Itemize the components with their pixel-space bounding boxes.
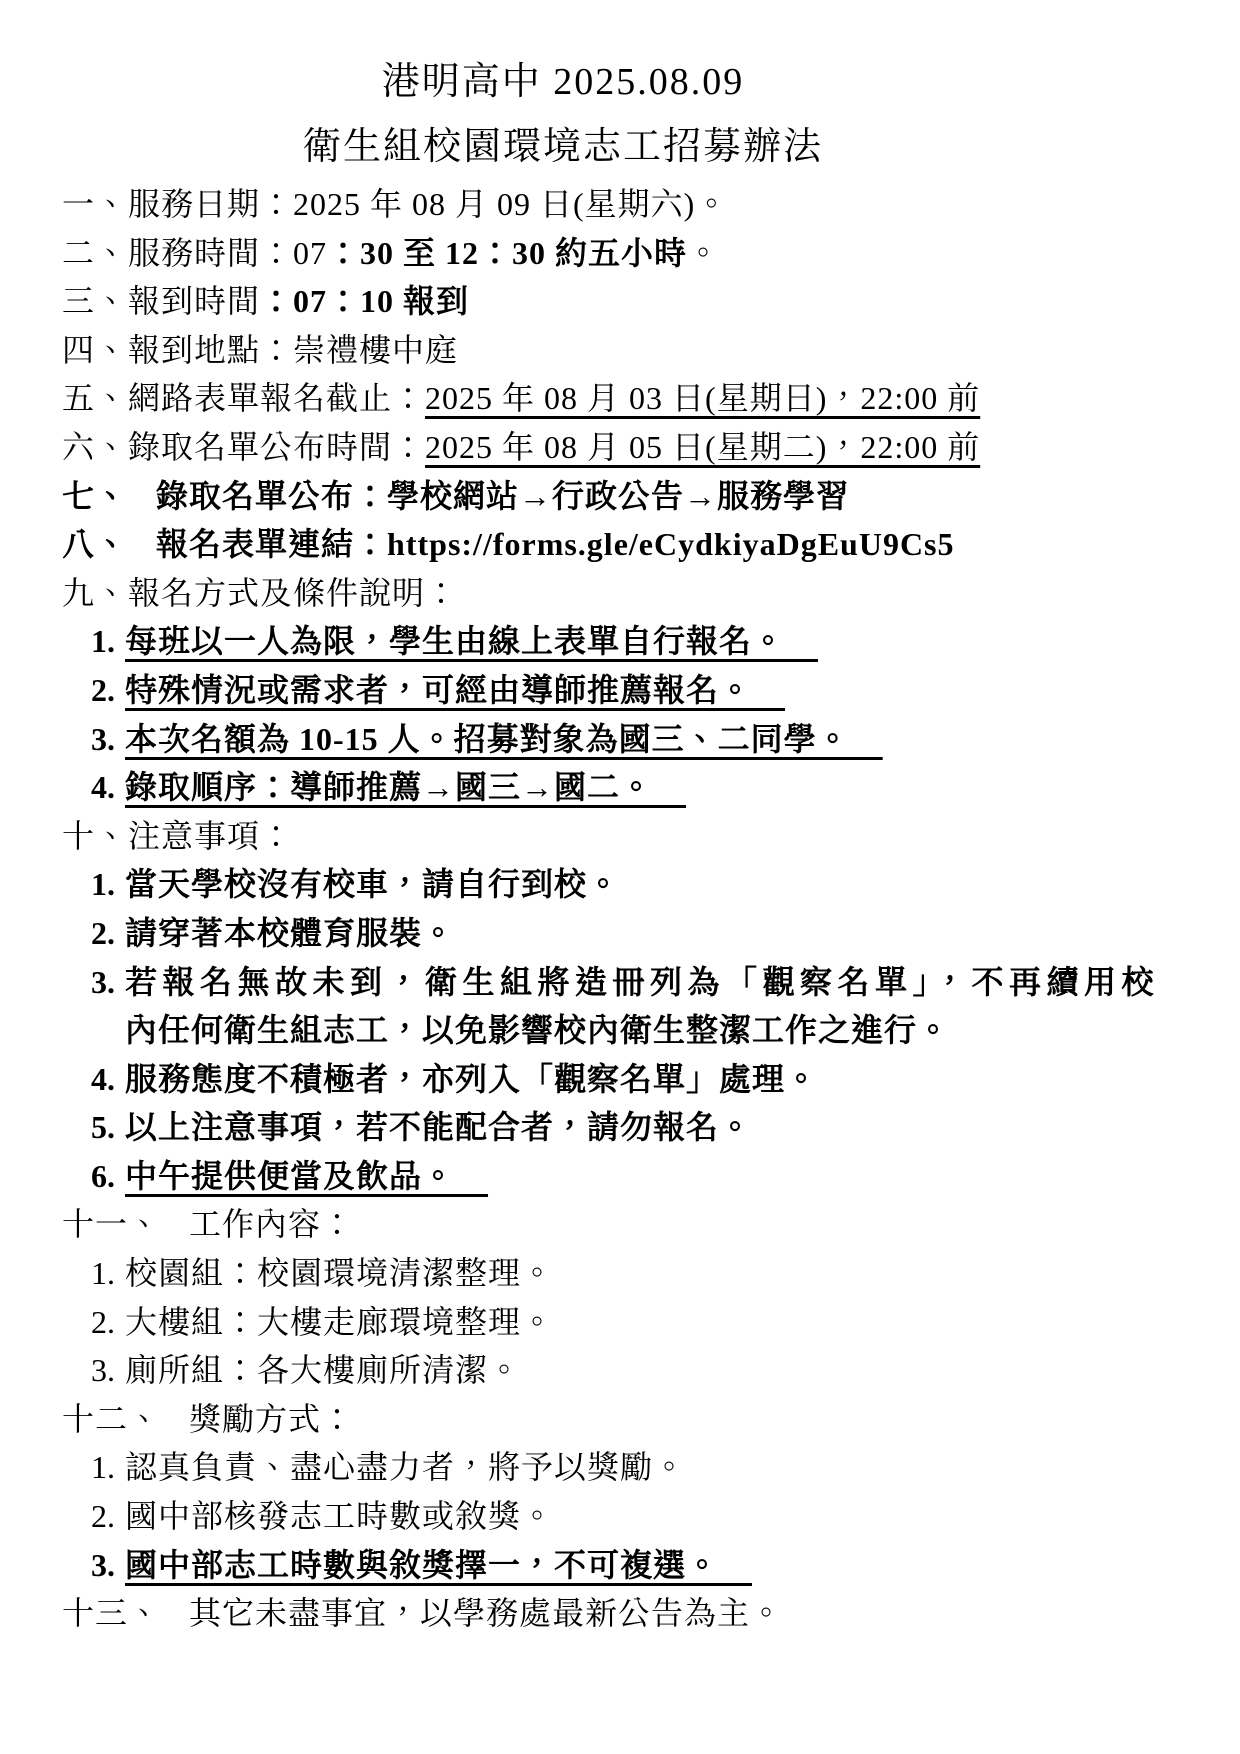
- list-subitem: 1.校園組：校園環境清潔整理。: [62, 1249, 1180, 1298]
- list-subitem: 2.特殊情況或需求者，可經由導師推薦報名。: [62, 666, 1180, 715]
- item-label: 六、: [62, 429, 128, 465]
- item-label: 四、: [62, 332, 128, 368]
- document-body: 一、服務日期：2025 年 08 月 09 日(星期六)。二、服務時間：07：3…: [62, 180, 1180, 1638]
- text-segment: 報到時間: [128, 283, 260, 319]
- list-item: 五、網路表單報名截止：2025 年 08 月 03 日(星期日)，22:00 前: [62, 374, 1180, 423]
- item-label: 1.: [91, 860, 125, 909]
- item-label: 十一、: [62, 1206, 161, 1242]
- text-segment: 國中部志工時數與敘獎擇一，不可複選。: [125, 1547, 752, 1583]
- document-header: 港明高中 2025.08.09 衛生組校園環境志工招募辦法: [4, 50, 1122, 180]
- item-label: 十二、: [62, 1401, 161, 1437]
- list-item: 七、錄取名單公布：學校網站→行政公告→服務學習: [62, 472, 1180, 521]
- text-segment: 獎勵方式：: [189, 1401, 354, 1437]
- text-segment: 錄取順序：導師推薦→國三→國二。: [125, 769, 686, 805]
- text-segment: 請穿著本校體育服裝。: [125, 915, 455, 951]
- list-item: 九、報名方式及條件說明：: [62, 569, 1180, 618]
- list-subitem: 1.每班以一人為限，學生由線上表單自行報名。: [62, 617, 1180, 666]
- item-label: 九、: [62, 575, 128, 611]
- text-segment: 錄取名單公布：學校網站→行政公告→服務學習: [156, 478, 849, 514]
- list-subitem: 1.認真負責、盡心盡力者，將予以獎勵。: [62, 1443, 1180, 1492]
- list-item: 四、報到地點：崇禮樓中庭: [62, 326, 1180, 375]
- document-title: 港明高中 2025.08.09: [4, 50, 1122, 114]
- item-label: 十三、: [62, 1595, 161, 1631]
- document-page: 港明高中 2025.08.09 衛生組校園環境志工招募辦法 一、服務日期：202…: [0, 0, 1240, 1754]
- list-subitem: 3.本次名額為 10-15 人。招募對象為國三、二同學。: [62, 715, 1180, 764]
- item-label: 3.: [91, 958, 125, 1007]
- item-label: 4.: [91, 763, 125, 812]
- text-segment: 注意事項：: [128, 818, 293, 854]
- text-segment: 每班以一人為限，學生由線上表單自行報名。: [125, 623, 818, 659]
- text-segment: 廁所組：各大樓廁所清潔。: [125, 1352, 521, 1388]
- list-subitem: 5.以上注意事項，若不能配合者，請勿報名。: [62, 1103, 1180, 1152]
- text-segment: 國中部核發志工時數或敘獎。: [125, 1498, 554, 1534]
- text-segment: 當天學校沒有校車，請自行到校。: [125, 866, 620, 902]
- item-label: 4.: [91, 1055, 125, 1104]
- list-item: 十一、工作內容：: [62, 1200, 1180, 1249]
- text-segment: 報名表單連結：: [156, 526, 387, 562]
- text-segment: 服務態度不積極者，亦列入「觀察名單」處理。: [125, 1061, 818, 1097]
- list-subitem: 3.廁所組：各大樓廁所清潔。: [62, 1346, 1180, 1395]
- text-segment: 工作內容：: [189, 1206, 354, 1242]
- text-segment: ：30 至 12：30 約五小時: [327, 235, 687, 271]
- text-segment: 網路表單報名截止：: [128, 380, 425, 416]
- item-label: 七、: [62, 478, 128, 514]
- list-item: 六、錄取名單公布時間：2025 年 08 月 05 日(星期二)，22:00 前: [62, 423, 1180, 472]
- list-item: 八、報名表單連結：https://forms.gle/eCydkiyaDgEuU…: [62, 520, 1180, 569]
- text-segment: 認真負責、盡心盡力者，將予以獎勵。: [125, 1449, 686, 1485]
- text-segment: 服務日期：2025 年 08 月 09 日(星期六)。: [128, 186, 728, 222]
- item-label: 3.: [91, 715, 125, 764]
- item-label: 3.: [91, 1541, 125, 1590]
- item-label: 5.: [91, 1103, 125, 1152]
- list-item: 十、注意事項：: [62, 812, 1180, 861]
- list-subitem: 1.當天學校沒有校車，請自行到校。: [62, 860, 1180, 909]
- item-label: 十、: [62, 818, 128, 854]
- list-subitem: 2.國中部核發志工時數或敘獎。: [62, 1492, 1180, 1541]
- text-segment: 中午提供便當及飲品。: [125, 1158, 488, 1194]
- item-label: 3.: [91, 1346, 125, 1395]
- text-segment: 內任何衛生組志工，以免影響校內衛生整潔工作之進行。: [125, 1012, 950, 1048]
- document-subtitle: 衛生組校園環境志工招募辦法: [4, 114, 1122, 180]
- signup-url-text: https://forms.gle/eCydkiyaDgEuU9Cs5: [387, 526, 954, 562]
- list-subitem: 6.中午提供便當及飲品。: [62, 1152, 1180, 1201]
- item-label: 二、: [62, 235, 128, 271]
- text-segment: 校園組：校園環境清潔整理。: [125, 1255, 554, 1291]
- text-segment: 報到地點：崇禮樓中庭: [128, 332, 458, 368]
- list-subitem: 3.若報名無故未到，衛生組將造冊列為「觀察名單」，不再續用校內任何衛生組志工，以…: [62, 958, 1180, 1055]
- text-segment: 以上注意事項，若不能配合者，請勿報名。: [125, 1109, 752, 1145]
- list-item: 三、報到時間：07：10 報到: [62, 277, 1180, 326]
- item-label: 1.: [91, 1443, 125, 1492]
- text-segment: 2025 年 08 月 03 日(星期日)，22:00 前: [425, 380, 980, 416]
- item-label: 1.: [91, 617, 125, 666]
- list-item: 一、服務日期：2025 年 08 月 09 日(星期六)。: [62, 180, 1180, 229]
- item-label: 三、: [62, 283, 128, 319]
- text-segment: 若報名無故未到，衛生組將造冊列為「觀察名單」，不再續用校: [125, 964, 1159, 1000]
- list-subitem: 4.錄取順序：導師推薦→國三→國二。: [62, 763, 1180, 812]
- text-segment: 其它未盡事宜，以學務處最新公告為主。: [189, 1595, 783, 1631]
- text-segment: 錄取名單公布時間：: [128, 429, 425, 465]
- item-label: 1.: [91, 1249, 125, 1298]
- list-item: 十二、獎勵方式：: [62, 1395, 1180, 1444]
- text-segment: 報名方式及條件說明：: [128, 575, 458, 611]
- text-segment: 。: [687, 235, 720, 271]
- list-subitem: 3.國中部志工時數與敘獎擇一，不可複選。: [62, 1541, 1180, 1590]
- text-segment: 大樓組：大樓走廊環境整理。: [125, 1304, 554, 1340]
- list-subitem: 4.服務態度不積極者，亦列入「觀察名單」處理。: [62, 1055, 1180, 1104]
- text-segment: 本次名額為 10-15 人。招募對象為國三、二同學。: [125, 721, 883, 757]
- item-label: 6.: [91, 1152, 125, 1201]
- item-label: 一、: [62, 186, 128, 222]
- item-label: 2.: [91, 1298, 125, 1347]
- item-label: 八、: [62, 526, 128, 562]
- text-segment: ：07：10 報到: [260, 283, 469, 319]
- item-label: 2.: [91, 1492, 125, 1541]
- text-segment: 特殊情況或需求者，可經由導師推薦報名。: [125, 672, 785, 708]
- list-subitem: 2.大樓組：大樓走廊環境整理。: [62, 1298, 1180, 1347]
- item-label: 2.: [91, 666, 125, 715]
- text-segment: 2025 年 08 月 05 日(星期二)，22:00 前: [425, 429, 980, 465]
- list-item: 十三、其它未盡事宜，以學務處最新公告為主。: [62, 1589, 1180, 1638]
- list-item: 二、服務時間：07：30 至 12：30 約五小時。: [62, 229, 1180, 278]
- list-subitem: 2.請穿著本校體育服裝。: [62, 909, 1180, 958]
- text-segment: 服務時間：07: [128, 235, 327, 271]
- item-label: 2.: [91, 909, 125, 958]
- item-label: 五、: [62, 380, 128, 416]
